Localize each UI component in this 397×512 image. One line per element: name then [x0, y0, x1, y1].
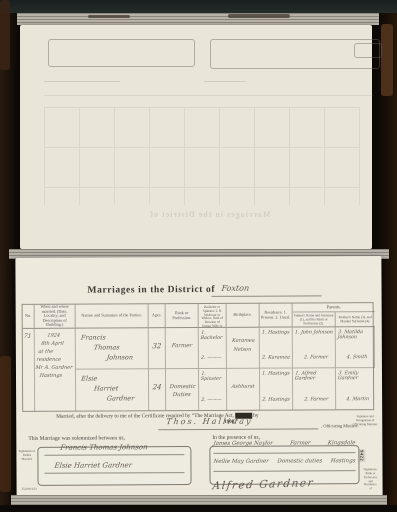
- groom-residence-present: 1. Hastings: [261, 331, 289, 336]
- witness-name: Nellie May Gardner: [213, 459, 269, 465]
- when-line: Hastings: [39, 372, 72, 380]
- bride-name-line: Harriet: [93, 383, 136, 393]
- bride-birthplace: Ashhurst: [227, 383, 260, 392]
- when-where-handwritten: 1924 8th April at the residence Mr A. Ga…: [35, 332, 76, 381]
- when-line: residence: [36, 356, 74, 364]
- when-where-cell: 1924 8th April at the residence Mr A. Ga…: [35, 329, 76, 411]
- page-edge-mark: [228, 14, 290, 18]
- groom-residence-cell: 1. Hastings 2. Karamea: [260, 328, 293, 369]
- groom-father-cell: 1. John Johnson 2. Farmer: [293, 327, 336, 368]
- header-no: No.: [23, 305, 35, 329]
- header-parents-group: Parents. Father's Name and Surname (1), …: [293, 303, 375, 327]
- page-edges-bottom: [11, 495, 387, 505]
- title-underline: [212, 295, 322, 297]
- groom-residence-usual: 2. Karamea: [262, 356, 291, 361]
- witness-residence: Kingsdale: [327, 440, 355, 446]
- groom-birthplace: Karamea Nelson: [227, 337, 260, 354]
- header-birthplace: Birthplace.: [227, 304, 260, 328]
- witness-occupation: Domestic duties: [277, 458, 323, 464]
- groom-condition-2: 2. ———: [201, 356, 222, 361]
- minister-signature-line: [158, 428, 318, 430]
- bride-name-line: Elsie: [81, 373, 138, 383]
- bride-mother-name: 3. Emily Gardner: [337, 371, 375, 381]
- bride-residence-usual: 2. Hastings: [262, 398, 290, 403]
- bride-residence-present: 1. Hastings: [262, 372, 290, 377]
- page-edge-mark: [88, 15, 130, 18]
- bride-rank: Domestic Duties: [166, 383, 199, 400]
- header-residence: Residence. 1. Present. 2. Usual.: [260, 304, 293, 328]
- certification-after: by: [253, 413, 258, 419]
- groom-name-cell: Francis Thomas Johnson: [76, 328, 149, 369]
- solemnized-label: This Marriage was solemnized between us,: [28, 435, 125, 442]
- ghost-box: [48, 39, 195, 67]
- book-scan: Marriages in the District of Marriages i…: [0, 0, 397, 512]
- bride-age: 24: [149, 383, 166, 391]
- groom-father-rank: 2. Farmer: [295, 355, 336, 360]
- table-body: 71 1924 8th April at the residence Mr A.…: [23, 327, 373, 411]
- when-line: 8th April: [41, 340, 76, 348]
- birthplace-line: Karamea: [227, 337, 260, 346]
- bride-rank-line: Duties: [166, 391, 198, 399]
- groom-father-name: 1. John Johnson: [294, 330, 333, 335]
- witness-name: James George Naylor: [213, 441, 273, 447]
- groom-rank: Farmer: [166, 342, 199, 350]
- header-mother: Mother's Name (3), and Maiden Surname (4…: [336, 312, 375, 326]
- bride-birthplace-cell: Ashhurst: [227, 369, 260, 410]
- groom-name-line: Francis: [80, 332, 136, 342]
- leather-corner: [0, 0, 10, 70]
- when-line: at the: [38, 348, 75, 356]
- leather-corner: [0, 356, 11, 492]
- page-edges-top: [6, 13, 391, 25]
- witness-margin-note: Signatures, Rank or Profession, and Resi…: [362, 468, 378, 490]
- bride-rank-line: Domestic: [166, 383, 199, 391]
- bride-age-cell: 24: [149, 369, 166, 410]
- page-title: Marriages in the District of: [88, 285, 216, 296]
- groom-signature: Francis Thomas Johnson: [60, 443, 148, 451]
- bride-mother-maiden: 4. Martin: [338, 397, 375, 402]
- bride-mother-cell: 3. Emily Gardner 4. Martin: [336, 368, 375, 409]
- bride-residence-cell: 1. Hastings 2. Hastings: [260, 369, 293, 410]
- groom-name: Francis Thomas Johnson: [78, 332, 136, 362]
- header-when-where: When and where married. (Date, Locality,…: [35, 305, 76, 329]
- marriage-register-table: No. When and where married. (Date, Local…: [22, 302, 375, 412]
- officiating-minister-signature: Thos. Halliday: [166, 417, 253, 426]
- book-spine-edge: [0, 0, 397, 13]
- bride-name: Elsie Harriet Gardner: [78, 373, 137, 403]
- header-condition: Condition of Parties. 1. Bachelor or Spi…: [199, 304, 227, 328]
- groom-condition-cell: 1. Bachelor 2. ———: [199, 328, 227, 369]
- bride-condition-1: 1. Spinster: [200, 372, 226, 382]
- bride-father-rank: 2. Farmer: [295, 397, 336, 402]
- header-ages: Ages.: [149, 304, 166, 328]
- entry-number-cell: 71: [23, 329, 35, 411]
- folio-stamp: 9422: [358, 449, 365, 462]
- birthplace-line: Nelson: [227, 345, 259, 354]
- groom-age: 32: [149, 342, 166, 350]
- groom-mother-cell: 3. Matilda Johnson 4. Smith: [336, 327, 375, 368]
- header-names: Names and Surnames of the Parties.: [76, 304, 149, 328]
- groom-birthplace-cell: Karamea Nelson: [227, 328, 260, 369]
- witness-occupation: Farmer: [290, 440, 311, 446]
- bride-condition-cell: 1. Spinster 2. ———: [199, 369, 227, 410]
- bride-father-cell: 1. Alfred Gardner 2. Farmer: [293, 368, 336, 409]
- print-code: 25,000/4/21: [22, 487, 37, 491]
- minister-margin-note: Signature and Designation of Officiating…: [352, 415, 378, 431]
- groom-name-line: Johnson: [106, 352, 134, 362]
- groom-condition-1: 1. Bachelor: [200, 331, 226, 341]
- parties-margin-note: Signatures of Parties Married.: [18, 450, 35, 472]
- register-page: Marriages in the District of Foxton No. …: [15, 256, 382, 498]
- ghost-title-bleedthrough: Marriages in the District of: [100, 210, 320, 219]
- bride-rank-cell: Domestic Duties: [166, 369, 199, 410]
- witness-row: James George Naylor Farmer Kingsdale: [213, 440, 356, 447]
- groom-mother-name: 3. Matilda Johnson: [337, 330, 374, 340]
- ghost-line: [44, 95, 374, 96]
- groom-rank-cell: Farmer: [166, 328, 199, 369]
- witness-signature-large: Alfred Gardner: [212, 477, 315, 492]
- entry-number: 71: [23, 333, 31, 340]
- leather-corner: [381, 24, 393, 96]
- district-name-handwritten: Foxton: [221, 284, 250, 293]
- groom-name-line: Thomas: [93, 342, 135, 352]
- ghost-table-bleedthrough: [44, 107, 360, 205]
- witness-residence: Hastings: [330, 458, 355, 464]
- upper-page: Marriages in the District of: [20, 25, 372, 249]
- ghost-box: [354, 43, 382, 58]
- when-line: 1924: [47, 332, 76, 340]
- ghost-line: [204, 81, 246, 82]
- bride-name-cell: Elsie Harriet Gardner: [76, 369, 149, 410]
- witness-row: Nellie May Gardner Domestic duties Hasti…: [213, 458, 356, 465]
- bride-name-line: Gardner: [106, 393, 135, 403]
- groom-age-cell: 32: [149, 328, 166, 369]
- bride-signature: Elsie Harriet Gardner: [54, 461, 132, 469]
- header-parents: Parents.: [293, 303, 375, 312]
- header-rank: Rank or Profession.: [166, 304, 199, 328]
- when-line: Mr A. Gardner: [35, 364, 73, 372]
- header-father: Father's Name and Surname (1), and his R…: [293, 312, 336, 326]
- groom-mother-maiden: 4. Smith: [338, 355, 375, 360]
- ghost-line: [44, 81, 120, 82]
- table-header-row: No. When and where married. (Date, Local…: [23, 303, 373, 329]
- bride-condition-2: 2. ———: [201, 398, 222, 403]
- bride-father-name: 1. Alfred Gardner: [294, 371, 335, 381]
